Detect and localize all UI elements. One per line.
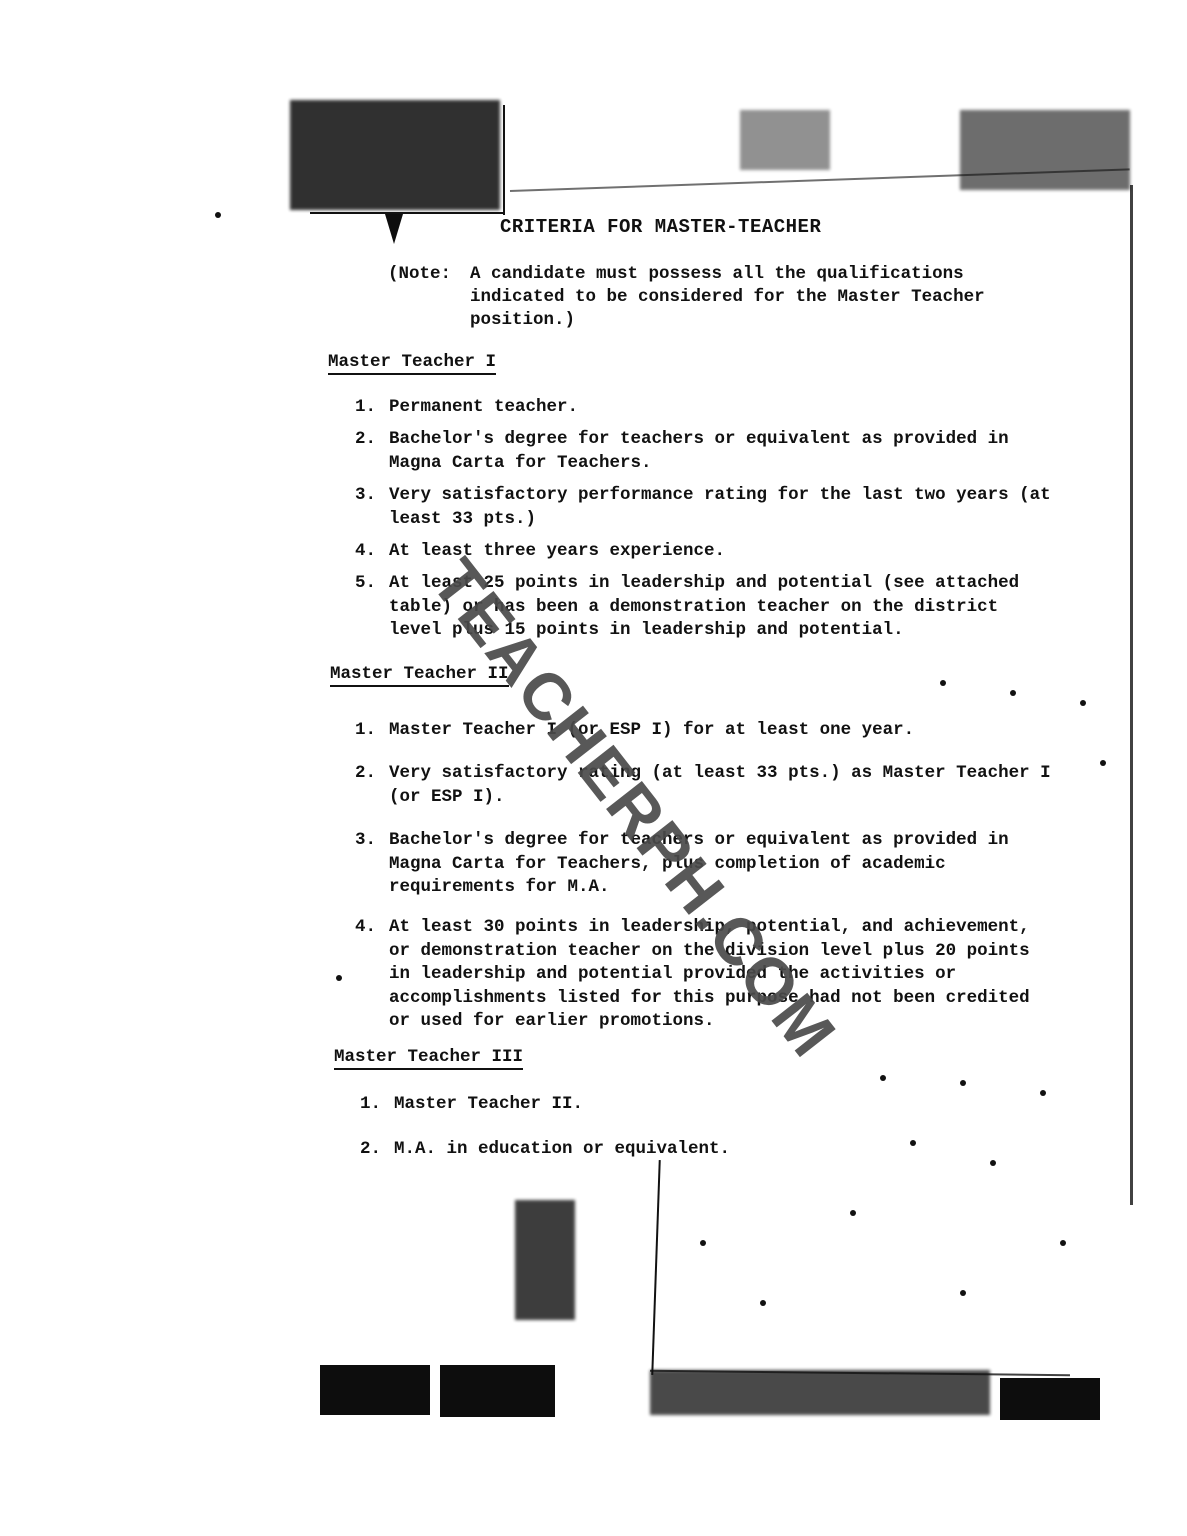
document-title: CRITERIA FOR MASTER-TEACHER <box>500 216 821 238</box>
scan-smudge-bottom-5 <box>1000 1378 1100 1420</box>
scan-smudge-bottom-1 <box>320 1365 430 1415</box>
item-number: 5. <box>355 572 385 596</box>
speck <box>215 212 221 218</box>
item-text: M.A. in education or equivalent. <box>394 1138 1060 1162</box>
section-heading-master-teacher-3: Master Teacher III <box>334 1047 523 1070</box>
scan-smudge-top-left <box>290 100 500 210</box>
scan-border-right <box>1130 185 1133 1205</box>
scan-smudge-bottom-2 <box>440 1365 555 1417</box>
note: (Note:A candidate must possess all the q… <box>388 263 1048 332</box>
note-label: (Note: <box>388 263 470 286</box>
item-number: 4. <box>355 916 385 940</box>
speck <box>1100 760 1106 766</box>
speck <box>336 975 342 981</box>
item-number: 1. <box>355 719 385 743</box>
list-item: 2. M.A. in education or equivalent. <box>360 1138 1060 1162</box>
speck <box>1060 1240 1066 1246</box>
list-item: 1. Master Teacher II. <box>360 1093 1060 1117</box>
item-text: Very satisfactory rating (at least 33 pt… <box>389 762 1055 809</box>
item-text: Master Teacher II. <box>394 1093 1060 1117</box>
list-item: 1. Master Teacher I (or ESP I) for at le… <box>355 719 1055 743</box>
item-number: 3. <box>355 484 385 508</box>
note-text: A candidate must possess all the qualifi… <box>470 263 1030 332</box>
list-item: 1. Permanent teacher. <box>355 396 1055 420</box>
item-number: 2. <box>355 762 385 786</box>
scan-border-top-left <box>310 212 505 214</box>
speck <box>760 1300 766 1306</box>
item-number: 3. <box>355 829 385 853</box>
scan-smudge-top-mid <box>740 110 830 170</box>
speck <box>880 1075 886 1081</box>
item-text: Master Teacher I (or ESP I) for at least… <box>389 719 1055 743</box>
item-number: 2. <box>360 1138 390 1162</box>
list-item: 2. Bachelor's degree for teachers or equ… <box>355 428 1055 475</box>
speck <box>850 1210 856 1216</box>
scan-wedge <box>385 214 403 244</box>
speck <box>1010 690 1016 696</box>
speck <box>940 680 946 686</box>
speck <box>700 1240 706 1246</box>
item-number: 2. <box>355 428 385 452</box>
item-number: 1. <box>360 1093 390 1117</box>
section-heading-master-teacher-1: Master Teacher I <box>328 352 496 375</box>
item-text: Permanent teacher. <box>389 396 1055 420</box>
scan-smudge-bottom-3 <box>515 1200 575 1320</box>
scan-border-bottom-vertical <box>651 1160 661 1375</box>
speck <box>960 1290 966 1296</box>
speck <box>1080 700 1086 706</box>
item-number: 4. <box>355 540 385 564</box>
speck <box>960 1080 966 1086</box>
scan-border-vertical <box>503 105 505 215</box>
item-text: Very satisfactory performance rating for… <box>389 484 1055 531</box>
scan-smudge-top-right <box>960 110 1130 190</box>
list-item: 2. Very satisfactory rating (at least 33… <box>355 762 1055 809</box>
scan-smudge-bottom-4 <box>650 1370 990 1415</box>
list-item: 3. Very satisfactory performance rating … <box>355 484 1055 531</box>
item-text: Bachelor's degree for teachers or equiva… <box>389 428 1055 475</box>
item-number: 1. <box>355 396 385 420</box>
